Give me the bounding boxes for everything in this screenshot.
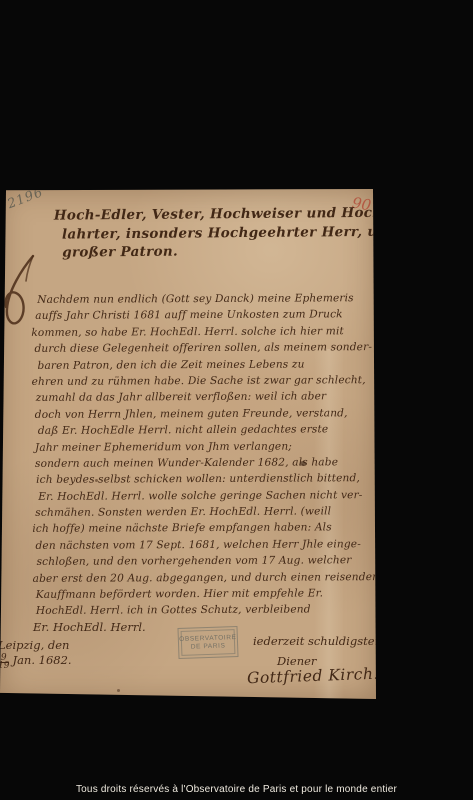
body-line: Jahr meiner Ephemeridum von Jhm verlange… bbox=[35, 440, 379, 458]
body-line: ehren und zu rühmen habe. Die Sache ist … bbox=[32, 374, 379, 392]
julian-gregorian-date-fraction: 919 bbox=[0, 655, 9, 670]
body-line: Er. HochEdl. Herrl. wolle solche geringe… bbox=[38, 489, 379, 507]
body-line: sondern auch meinen Wunder-Kalender 1682… bbox=[35, 456, 379, 474]
body-line: auffs Jahr Christi 1681 auff meine Unkos… bbox=[35, 308, 378, 326]
stamp-text-line2: DE PARIS bbox=[191, 642, 226, 651]
salutation-line: lahrter, insonders Hochgeehrter Herr, un… bbox=[62, 222, 437, 244]
body-line: ich beydes selbst schicken wollen: unter… bbox=[36, 472, 379, 490]
subscription-line: Er. HochEdl. Herrl. bbox=[33, 620, 146, 634]
salutation-line: Hoch-Edler, Vester, Hochweiser und Hochg… bbox=[54, 203, 437, 225]
body-line: zumahl da das Jahr allbereit verfloßen: … bbox=[36, 390, 379, 408]
body-line: durch diese Gelegenheit offeriren sollen… bbox=[34, 341, 378, 359]
body-line: schloßen, und den vorhergehenden vom 17 … bbox=[37, 554, 380, 572]
archive-number-pencil: 2196 bbox=[6, 185, 46, 212]
body-line: Nachdem nun endlich (Gott sey Danck) mei… bbox=[37, 292, 378, 310]
observatoire-de-paris-stamp: OBSERVATOIRE DE PARIS bbox=[177, 626, 238, 659]
salutation-line: großer Patron. bbox=[62, 240, 437, 262]
body-line: Kauffmann befördert worden. Hier mit emp… bbox=[36, 587, 380, 605]
body-line: daß Er. HochEdle Herrl. nicht allein ged… bbox=[38, 423, 379, 441]
body-line: doch von Herrn Jhlen, meinem guten Freun… bbox=[35, 407, 379, 425]
dateline-place: Leipzig, den bbox=[0, 638, 72, 653]
salutation-block: Hoch-Edler, Vester, Hochweiser und Hochg… bbox=[54, 203, 437, 262]
stamp-inner-border: OBSERVATOIRE DE PARIS bbox=[181, 629, 236, 656]
dateline-date: 919Jan. 1682. bbox=[0, 653, 72, 670]
copyright-caption: Tous droits réservés à l'Observatoire de… bbox=[0, 784, 473, 795]
signature-gottfried-kirch: Gottfried Kirch. bbox=[247, 665, 379, 688]
body-line: ich hoffe) meine nächste Briefe empfange… bbox=[32, 522, 379, 540]
dateline-month-year: Jan. 1682. bbox=[12, 653, 71, 667]
letter-body: Nachdem nun endlich (Gott sey Danck) mei… bbox=[34, 292, 379, 622]
body-line: aber erst den 20 Aug. abgegangen, und du… bbox=[33, 571, 380, 589]
body-line: den nächsten vom 17 Sept. 1681, welchen … bbox=[35, 538, 379, 556]
body-line: HochEdl. Herrl. ich in Gottes Schutz, ve… bbox=[36, 604, 380, 622]
manuscript-letter-page: 2196 90 Hoch-Edler, Vester, Hochweiser u… bbox=[0, 189, 376, 699]
dateline-block: Leipzig, den 919Jan. 1682. bbox=[0, 638, 72, 670]
valediction-line: iederzeit schuldigster bbox=[253, 631, 380, 651]
photograph-stage: 2196 90 Hoch-Edler, Vester, Hochweiser u… bbox=[0, 0, 473, 800]
body-line: schmähen. Sonsten werden Er. HochEdl. He… bbox=[35, 505, 379, 523]
body-line: kommen, so habe Er. HochEdl. Herrl. solc… bbox=[31, 325, 378, 343]
body-line: baren Patron, den ich die Zeit meines Le… bbox=[37, 358, 378, 376]
